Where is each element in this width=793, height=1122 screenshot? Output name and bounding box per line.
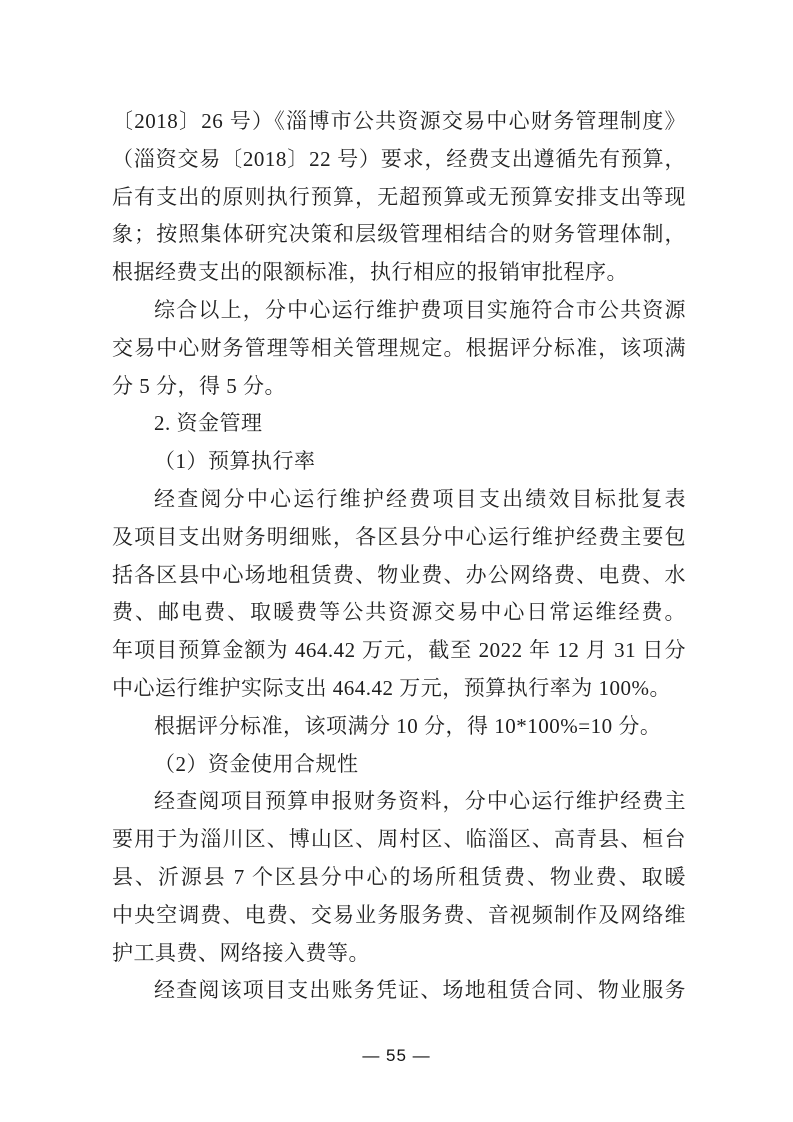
document-body: 〔2018〕26 号）《淄博市公共资源交易中心财务管理制度》（淄资交易〔2018… [112, 103, 686, 1010]
page-number: — 55 — [0, 1046, 793, 1066]
text-line: 要用于为淄川区、博山区、周村区、临淄区、高青县、桓台 [112, 821, 686, 859]
text-line: （1）预算执行率 [112, 443, 686, 481]
text-line: 中心运行维护实际支出 464.42 万元，预算执行率为 100%。 [112, 670, 686, 708]
text-line: 括各区县中心场地租赁费、物业费、办公网络费、电费、水 [112, 557, 686, 595]
text-line: 2. 资金管理 [112, 405, 686, 443]
text-line: 后有支出的原则执行预算，无超预算或无预算安排支出等现 [112, 179, 686, 217]
text-line: 经查阅该项目支出账务凭证、场地租赁合同、物业服务 [112, 972, 686, 1010]
text-line: 中央空调费、电费、交易业务服务费、音视频制作及网络维 [112, 897, 686, 935]
text-line: （淄资交易〔2018〕22 号）要求，经费支出遵循先有预算， [112, 141, 686, 179]
text-line: 象；按照集体研究决策和层级管理相结合的财务管理体制， [112, 216, 686, 254]
text-line: 根据经费支出的限额标准，执行相应的报销审批程序。 [112, 254, 686, 292]
text-line: 交易中心财务管理等相关管理规定。根据评分标准，该项满 [112, 330, 686, 368]
text-line: 经查阅分中心运行维护经费项目支出绩效目标批复表 [112, 481, 686, 519]
text-line: 〔2018〕26 号）《淄博市公共资源交易中心财务管理制度》 [112, 103, 686, 141]
text-line: 及项目支出财务明细账，各区县分中心运行维护经费主要包 [112, 519, 686, 557]
text-line: 根据评分标准，该项满分 10 分，得 10*100%=10 分。 [112, 708, 686, 746]
text-line: 分 5 分，得 5 分。 [112, 368, 686, 406]
document-page: 〔2018〕26 号）《淄博市公共资源交易中心财务管理制度》（淄资交易〔2018… [0, 0, 793, 1122]
text-line: 经查阅项目预算申报财务资料，分中心运行维护经费主 [112, 783, 686, 821]
text-line: 县、沂源县 7 个区县分中心的场所租赁费、物业费、取暖费、 [112, 859, 686, 897]
text-line: （2）资金使用合规性 [112, 746, 686, 784]
text-line: 综合以上，分中心运行维护费项目实施符合市公共资源 [112, 292, 686, 330]
text-line: 费、邮电费、取暖费等公共资源交易中心日常运维经费。2022 [112, 594, 686, 632]
text-line: 年项目预算金额为 464.42 万元，截至 2022 年 12 月 31 日分 [112, 632, 686, 670]
text-line: 护工具费、网络接入费等。 [112, 935, 686, 973]
